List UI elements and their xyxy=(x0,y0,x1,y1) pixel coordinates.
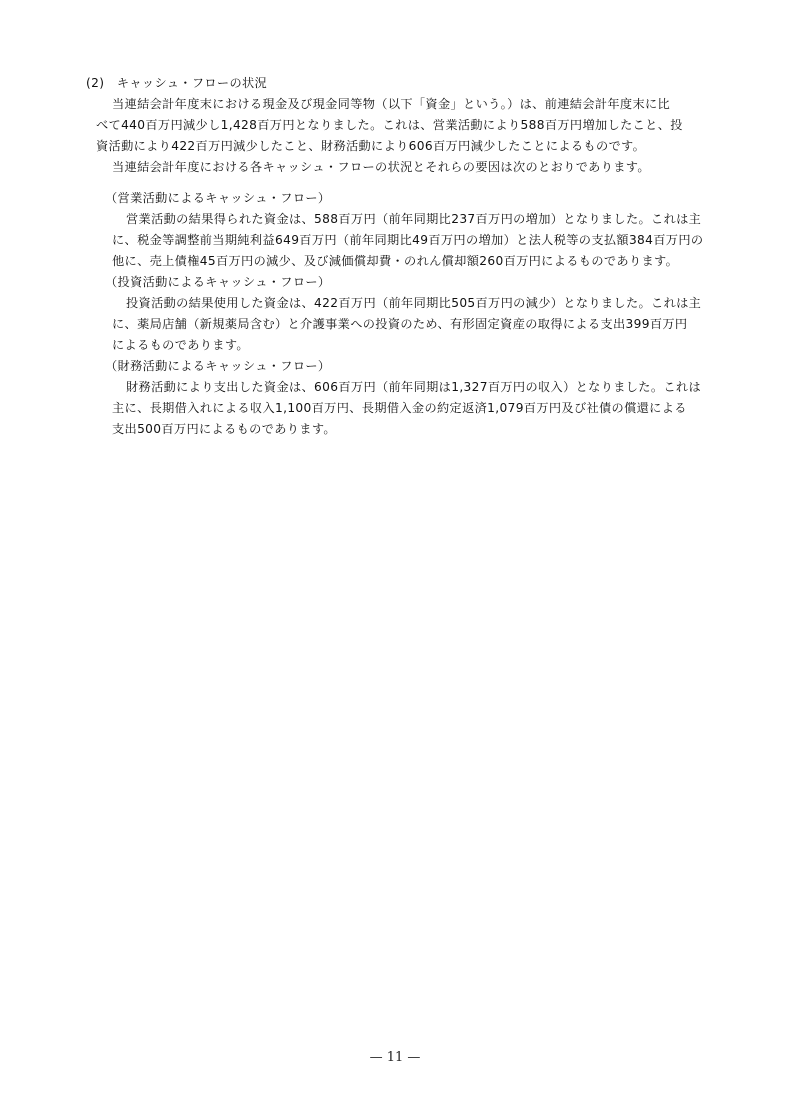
subsection-heading: （営業活動によるキャッシュ・フロー） xyxy=(105,188,716,209)
intro-second-paragraph: 当連結会計年度における各キャッシュ・フローの状況とそれらの要因は次のとおりであり… xyxy=(112,157,716,178)
paragraph-line: 営業活動の結果得られた資金は、588百万円（前年同期比237百万円の増加）となり… xyxy=(126,209,716,230)
paragraph-line: 支出500百万円によるものであります。 xyxy=(112,419,716,440)
page-number: — 11 — xyxy=(0,1050,790,1065)
subsection-heading: （財務活動によるキャッシュ・フロー） xyxy=(105,356,716,377)
paragraph-line: 財務活動により支出した資金は、606百万円（前年同期は1,327百万円の収入）と… xyxy=(126,377,716,398)
intro-line-1: 当連結会計年度末における現金及び現金同等物（以下「資金」という。）は、前連結会計… xyxy=(112,94,716,115)
cash-flow-section: (2) キャッシュ・フローの状況 当連結会計年度末における現金及び現金同等物（以… xyxy=(86,73,716,440)
paragraph-line: に、税金等調整前当期純利益649百万円（前年同期比49百万円の増加）と法人税等の… xyxy=(112,230,716,251)
paragraph-line: 他に、売上債権45百万円の減少、及び減価償却費・のれん償却額260百万円によるも… xyxy=(112,251,716,272)
paragraph-line: 投資活動の結果使用した資金は、422百万円（前年同期比505百万円の減少）となり… xyxy=(126,293,716,314)
paragraph-line: に、薬局店舗（新規薬局含む）と介護事業への投資のため、有形固定資産の取得による支… xyxy=(112,314,716,335)
intro-line-3: 資活動により422百万円減少したこと、財務活動により606百万円減少したことによ… xyxy=(96,136,716,157)
paragraph-line: によるものであります。 xyxy=(112,335,716,356)
document-page: (2) キャッシュ・フローの状況 当連結会計年度末における現金及び現金同等物（以… xyxy=(0,0,790,1118)
paragraph-line: 主に、長期借入れによる収入1,100百万円、長期借入金の約定返済1,079百万円… xyxy=(112,398,716,419)
section-title: (2) キャッシュ・フローの状況 xyxy=(86,73,716,94)
intro-line-2: べて440百万円減少し1,428百万円となりました。これは、営業活動により588… xyxy=(96,115,716,136)
investing-cash-flow-subsection: （投資活動によるキャッシュ・フロー） 投資活動の結果使用した資金は、422百万円… xyxy=(86,272,716,356)
operating-cash-flow-subsection: （営業活動によるキャッシュ・フロー） 営業活動の結果得られた資金は、588百万円… xyxy=(86,188,716,272)
financing-cash-flow-subsection: （財務活動によるキャッシュ・フロー） 財務活動により支出した資金は、606百万円… xyxy=(86,356,716,440)
subsection-heading: （投資活動によるキャッシュ・フロー） xyxy=(105,272,716,293)
